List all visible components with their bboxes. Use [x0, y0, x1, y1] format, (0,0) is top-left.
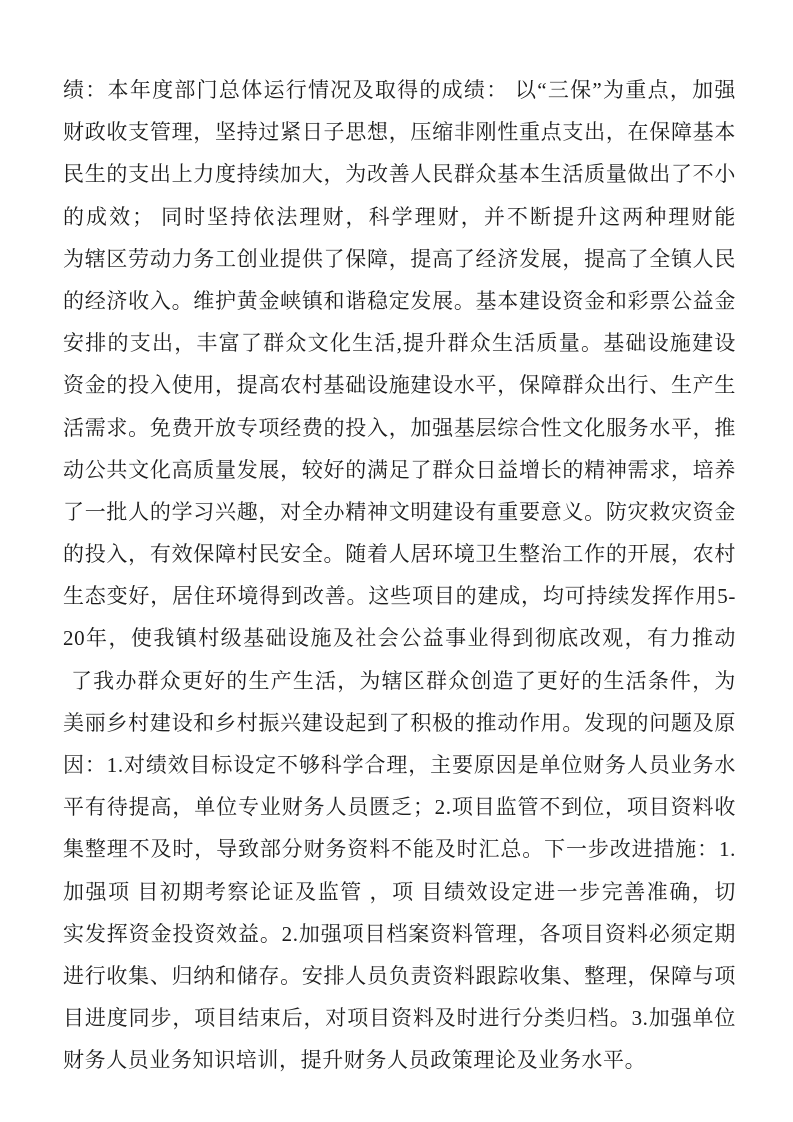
document-page: 绩：本年度部门总体运行情况及取得的成绩： 以“三保”为重点，加强 财政收支管理，… [0, 0, 793, 1122]
document-text: 绩：本年度部门总体运行情况及取得的成绩： 以“三保”为重点，加强 财政收支管理，… [63, 69, 736, 1082]
text-line-05: 为辖区劳动力务工创业提供了保障，提高了经济发展，提高了全镇人民 [63, 238, 736, 280]
text-line-21: 实发挥资金投资效益。2.加强项目档案资料管理，各项目资料必须定期 [63, 913, 736, 955]
text-line-19: 集整理不及时，导致部分财务资料不能及时汇总。下一步改进措施：1. [63, 828, 736, 870]
text-line-11: 了一批人的学习兴趣，对全办精神文明建设有重要意义。防灾救灾资金 [63, 491, 736, 533]
text-line-03: 民生的支出上力度持续加大，为改善人民群众基本生活质量做出了不小 [63, 153, 736, 195]
text-line-07: 安排的支出，丰富了群众文化生活,提升群众生活质量。基础设施建设 [63, 322, 736, 364]
text-line-24: 财务人员业务知识培训，提升财务人员政策理论及业务水平。 [63, 1039, 736, 1081]
text-line-04: 的成效； 同时坚持依法理财，科学理财，并不断提升这两种理财能力。 [63, 196, 736, 238]
text-line-10: 动公共文化高质量发展，较好的满足了群众日益增长的精神需求，培养 [63, 449, 736, 491]
text-line-23: 目进度同步，项目结束后，对项目资料及时进行分类归档。3.加强单位 [63, 997, 736, 1039]
text-line-08: 资金的投入使用，提高农村基础设施建设水平，保障群众出行、生产生 [63, 364, 736, 406]
text-line-09: 活需求。免费开放专项经费的投入，加强基层综合性文化服务水平，推 [63, 407, 736, 449]
text-line-18: 平有待提高，单位专业财务人员匮乏；2.项目监管不到位，项目资料收 [63, 786, 736, 828]
text-line-06: 的经济收入。维护黄金峡镇和谐稳定发展。基本建设资金和彩票公益金 [63, 280, 736, 322]
text-line-17: 因：1.对绩效目标设定不够科学合理，主要原因是单位财务人员业务水 [63, 744, 736, 786]
text-line-01: 绩：本年度部门总体运行情况及取得的成绩： 以“三保”为重点，加强 [63, 69, 736, 111]
text-line-02: 财政收支管理，坚持过紧日子思想，压缩非刚性重点支出，在保障基本 [63, 111, 736, 153]
text-line-16: 美丽乡村建设和乡村振兴建设起到了积极的推动作用。发现的问题及原 [63, 702, 736, 744]
text-line-15: 了我办群众更好的生产生活，为辖区群众创造了更好的生活条件，为 [63, 660, 736, 702]
text-line-13: 生态变好，居住环境得到改善。这些项目的建成，均可持续发挥作用5- [63, 575, 736, 617]
text-line-20: 加强项 目初期考察论证及监管 ，项 目绩效设定进一步完善准确，切 [63, 871, 736, 913]
text-line-22: 进行收集、归纳和储存。安排人员负责资料跟踪收集、整理，保障与项 [63, 955, 736, 997]
text-line-14: 20年，使我镇村级基础设施及社会公益事业得到彻底改观，有力推动 [63, 617, 736, 659]
text-line-12: 的投入，有效保障村民安全。随着人居环境卫生整治工作的开展，农村 [63, 533, 736, 575]
